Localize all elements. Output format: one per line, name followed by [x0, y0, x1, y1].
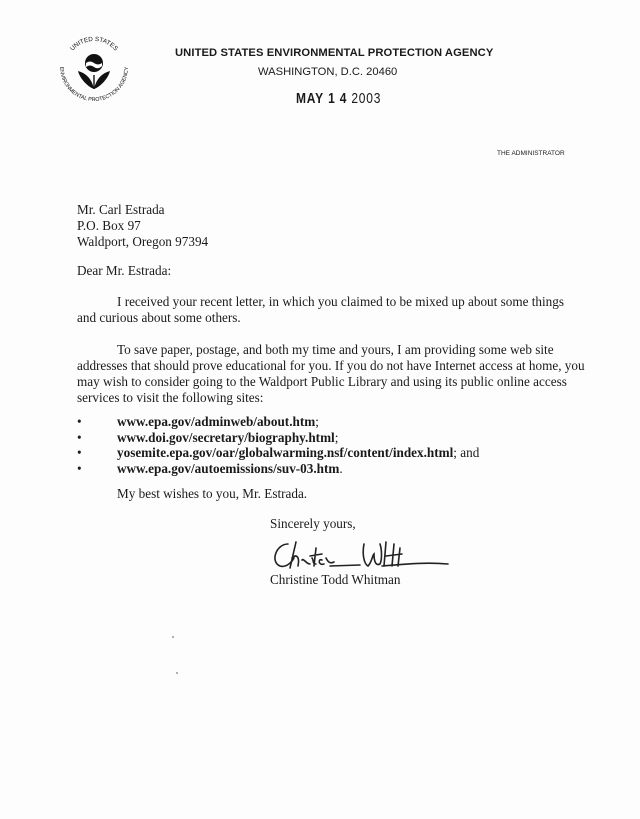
list-item: •yosemite.epa.gov/oar/globalwarming.nsf/… — [77, 445, 479, 461]
list-item: •www.epa.gov/adminweb/about.htm; — [77, 414, 479, 430]
agency-name: UNITED STATES ENVIRONMENTAL PROTECTION A… — [175, 47, 493, 59]
office-title: THE ADMINISTRATOR — [497, 150, 565, 157]
signatory-name: Christine Todd Whitman — [270, 572, 400, 588]
site-url: www.epa.gov/autoemissions/suv-03.htm — [117, 461, 339, 476]
site-suffix: . — [339, 461, 342, 476]
seal-text-top: UNITED STATES — [69, 36, 119, 52]
site-suffix: ; — [335, 430, 339, 445]
date-year: 2003 — [351, 90, 381, 107]
agency-address: WASHINGTON, D.C. 20460 — [258, 66, 397, 78]
bullet-icon: • — [77, 461, 82, 477]
paragraph-1-text: I received your recent letter, in which … — [77, 294, 564, 325]
date-stamp: MAY 1 4 2003 — [296, 90, 381, 107]
site-url: yosemite.epa.gov/oar/globalwarming.nsf/c… — [117, 445, 453, 460]
date-month: MAY — [296, 90, 324, 107]
epa-seal-logo: UNITED STATES ENVIRONMENTAL PROTECTION A… — [52, 27, 136, 111]
site-url: www.epa.gov/adminweb/about.htm — [117, 414, 315, 429]
bullet-icon: • — [77, 430, 82, 446]
salutation: Dear Mr. Estrada: — [77, 263, 171, 279]
svg-text:UNITED STATES: UNITED STATES — [69, 36, 119, 52]
list-item: •www.epa.gov/autoemissions/suv-03.htm. — [77, 461, 479, 477]
list-item: •www.doi.gov/secretary/biography.html; — [77, 430, 479, 446]
site-suffix: ; and — [453, 445, 479, 460]
scan-speck — [172, 636, 174, 638]
bullet-icon: • — [77, 414, 82, 430]
closing-line: My best wishes to you, Mr. Estrada. — [117, 486, 307, 502]
site-url: www.doi.gov/secretary/biography.html — [117, 430, 335, 445]
recipient-city: Waldport, Oregon 97394 — [77, 234, 208, 250]
recipient-name: Mr. Carl Estrada — [77, 202, 208, 218]
website-list: •www.epa.gov/adminweb/about.htm; •www.do… — [77, 414, 479, 476]
paragraph-1: I received your recent letter, in which … — [77, 294, 577, 326]
scan-speck — [176, 672, 178, 674]
handwritten-signature — [266, 534, 456, 574]
date-day: 1 4 — [328, 90, 347, 107]
valediction: Sincerely yours, — [270, 516, 356, 532]
site-suffix: ; — [315, 414, 319, 429]
paragraph-2: To save paper, postage, and both my time… — [77, 342, 597, 406]
recipient-box: P.O. Box 97 — [77, 218, 208, 234]
paragraph-2-text: To save paper, postage, and both my time… — [77, 342, 585, 405]
recipient-address: Mr. Carl Estrada P.O. Box 97 Waldport, O… — [77, 202, 208, 250]
bullet-icon: • — [77, 445, 82, 461]
